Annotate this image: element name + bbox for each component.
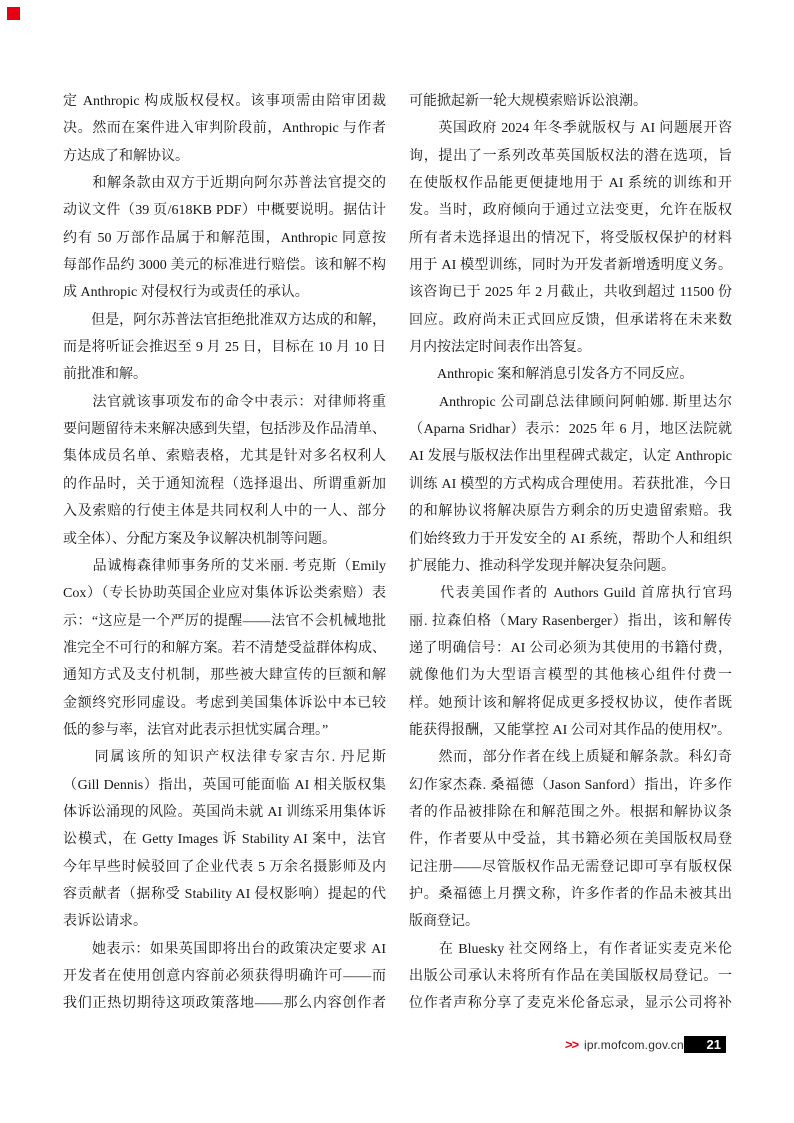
text-line: 的作品时，关于通知流程（选择退出、所谓重新加 xyxy=(63,471,386,498)
text-line: 代表美国作者的 Authors Guild 首席执行官玛 xyxy=(409,580,732,607)
text-line: 然而，部分作者在线上质疑和解条款。科幻奇 xyxy=(409,744,732,771)
text-line: 每部作品约 3000 美元的标准进行赔偿。该和解不构 xyxy=(63,252,386,279)
text-line: 递了明确信号：AI 公司必须为其使用的书籍付费， xyxy=(409,635,732,662)
footer-site-url: ipr.mofcom.gov.cn xyxy=(584,1037,684,1053)
text-line: 容贡献者（据称受 Stability AI 侵权影响）提起的代 xyxy=(63,881,386,908)
text-line: 的和解协议将解决原告方剩余的历史遗留索赔。我 xyxy=(409,498,732,525)
footer: >> ipr.mofcom.gov.cn 21 xyxy=(0,1035,794,1055)
text-line: 幻作家杰森. 桑福德（Jason Sanford）指出，许多作 xyxy=(409,772,732,799)
text-line: 前批准和解。 xyxy=(63,361,386,388)
text-line: Anthropic 案和解消息引发各方不同反应。 xyxy=(409,361,732,388)
text-line: 法官就该事项发布的命令中表示：对律师将重 xyxy=(63,389,386,416)
text-line: 版商登记。 xyxy=(409,908,732,935)
text-line: 开发者在使用创意内容前必须获得明确许可——而 xyxy=(63,963,386,990)
text-line: 我们正热切期待这项政策落地——那么内容创作者 xyxy=(63,990,386,1017)
text-line: 示：“这应是一个严厉的提醒——法官不会机械地批 xyxy=(63,608,386,635)
text-line: 和解条款由双方于近期向阿尔苏普法官提交的 xyxy=(63,170,386,197)
text-line: 扩展能力、推动科学发现并解决复杂问题。 xyxy=(409,553,732,580)
text-line: 英国政府 2024 年冬季就版权与 AI 问题展开咨 xyxy=(409,115,732,142)
text-line: 定 Anthropic 构成版权侵权。该事项需由陪审团裁 xyxy=(63,88,386,115)
text-line: 回应。政府尚未正式回应反馈，但承诺将在未来数 xyxy=(409,307,732,334)
text-line: 在使版权作品能更便捷地用于 AI 系统的训练和开 xyxy=(409,170,732,197)
page-number: 21 xyxy=(707,1036,721,1053)
text-line: 今年早些时候驳回了企业代表 5 万余名摄影师及内 xyxy=(63,854,386,881)
text-line: 同属该所的知识产权法律专家吉尔. 丹尼斯 xyxy=(63,744,386,771)
text-line: （Gill Dennis）指出，英国可能面临 AI 相关版权集 xyxy=(63,772,386,799)
text-line: 体诉讼涌现的风险。英国尚未就 AI 训练采用集体诉 xyxy=(63,799,386,826)
text-line: 出版公司承认未将所有作品在美国版权局登记。一 xyxy=(409,963,732,990)
text-line: 集体成员名单、索赔表格，尤其是针对多名权利人 xyxy=(63,443,386,470)
text-line: 讼模式，在 Getty Images 诉 Stability AI 案中，法官 xyxy=(63,826,386,853)
text-line: 位作者声称分享了麦克米伦备忘录，显示公司将补 xyxy=(409,990,732,1017)
page-number-badge: 21 xyxy=(684,1036,726,1053)
text-line: 训练 AI 模型的方式构成合理使用。若获批准，今日 xyxy=(409,471,732,498)
text-line: 能获得报酬，又能掌控 AI 公司对其作品的使用权”。 xyxy=(409,717,732,744)
text-line: 入及索赔的行使主体是共同权利人中的一人、部分 xyxy=(63,498,386,525)
text-line: （Aparna Sridhar）表示：2025 年 6 月，地区法院就 xyxy=(409,416,732,443)
text-line: 准完全不可行的和解方案。若不清楚受益群体构成、 xyxy=(63,635,386,662)
document-page: 定 Anthropic 构成版权侵权。该事项需由陪审团裁决。然而在案件进入审判阶… xyxy=(0,0,794,1123)
double-chevron-icon: >> xyxy=(564,1037,579,1053)
text-line: 护。桑福德上月撰文称，许多作者的作品未被其出 xyxy=(409,881,732,908)
text-line: 丽. 拉森伯格（Mary Rasenberger）指出，该和解传 xyxy=(409,608,732,635)
text-line: 所有者未选择退出的情况下，将受版权保护的材料 xyxy=(409,225,732,252)
text-line: 或全体）、分配方案及争议解决机制等问题。 xyxy=(63,526,386,553)
text-line: 记注册——尽管版权作品无需登记即可享有版权保 xyxy=(409,854,732,881)
text-column-left: 定 Anthropic 构成版权侵权。该事项需由陪审团裁决。然而在案件进入审判阶… xyxy=(63,88,386,1018)
text-line: 可能掀起新一轮大规模索赔诉讼浪潮。 xyxy=(409,88,732,115)
text-column-right: 可能掀起新一轮大规模索赔诉讼浪潮。 英国政府 2024 年冬季就版权与 AI 问… xyxy=(409,88,732,1018)
text-line: 低的参与率，法官对此表示担忧实属合理。” xyxy=(63,717,386,744)
text-line: 该咨询已于 2025 年 2 月截止，共收到超过 11500 份 xyxy=(409,279,732,306)
text-line: 就像他们为大型语言模型的其他核心组件付费一 xyxy=(409,662,732,689)
text-line: 们始终致力于开发安全的 AI 系统，帮助个人和组织 xyxy=(409,526,732,553)
text-line: 金额终究形同虚设。考虑到美国集体诉讼中本已较 xyxy=(63,690,386,717)
text-line: 方达成了和解协议。 xyxy=(63,143,386,170)
text-line: 在 Bluesky 社交网络上，有作者证实麦克米伦 xyxy=(409,936,732,963)
corner-marker xyxy=(7,7,20,20)
text-line: 成 Anthropic 对侵权行为或责任的承认。 xyxy=(63,279,386,306)
text-line: Cox）（专长协助英国企业应对集体诉讼类索赔）表 xyxy=(63,580,386,607)
text-line: 件，作者要从中受益，其书籍必须在美国版权局登 xyxy=(409,826,732,853)
text-line: AI 发展与版权法作出里程碑式裁定，认定 Anthropic xyxy=(409,443,732,470)
text-line: 者的作品被排除在和解范围之外。根据和解协议条 xyxy=(409,799,732,826)
text-line: Anthropic 公司副总法律顾问阿帕娜. 斯里达尔 xyxy=(409,389,732,416)
text-line: 样。她预计该和解将促成更多授权协议，使作者既 xyxy=(409,690,732,717)
text-line: 用于 AI 模型训练，同时为开发者新增透明度义务。 xyxy=(409,252,732,279)
text-line: 约有 50 万部作品属于和解范围，Anthropic 同意按 xyxy=(63,225,386,252)
text-line: 通知方式及支付机制，那些被大肆宣传的巨额和解 xyxy=(63,662,386,689)
text-line: 决。然而在案件进入审判阶段前，Anthropic 与作者 xyxy=(63,115,386,142)
text-line: 品诚梅森律师事务所的艾米丽. 考克斯（Emily xyxy=(63,553,386,580)
text-line: 而是将听证会推迟至 9 月 25 日，目标在 10 月 10 日 xyxy=(63,334,386,361)
text-line: 表诉讼请求。 xyxy=(63,908,386,935)
text-line: 她表示：如果英国即将出台的政策决定要求 AI xyxy=(63,936,386,963)
text-line: 询，提出了一系列改革英国版权法的潜在选项，旨 xyxy=(409,143,732,170)
text-line: 要问题留待未来解决感到失望，包括涉及作品清单、 xyxy=(63,416,386,443)
text-line: 动议文件（39 页/618KB PDF）中概要说明。据估计 xyxy=(63,197,386,224)
text-line: 月内按法定时间表作出答复。 xyxy=(409,334,732,361)
text-line: 但是，阿尔苏普法官拒绝批准双方达成的和解， xyxy=(63,307,386,334)
text-line: 发。当时，政府倾向于通过立法变更，允许在版权 xyxy=(409,197,732,224)
